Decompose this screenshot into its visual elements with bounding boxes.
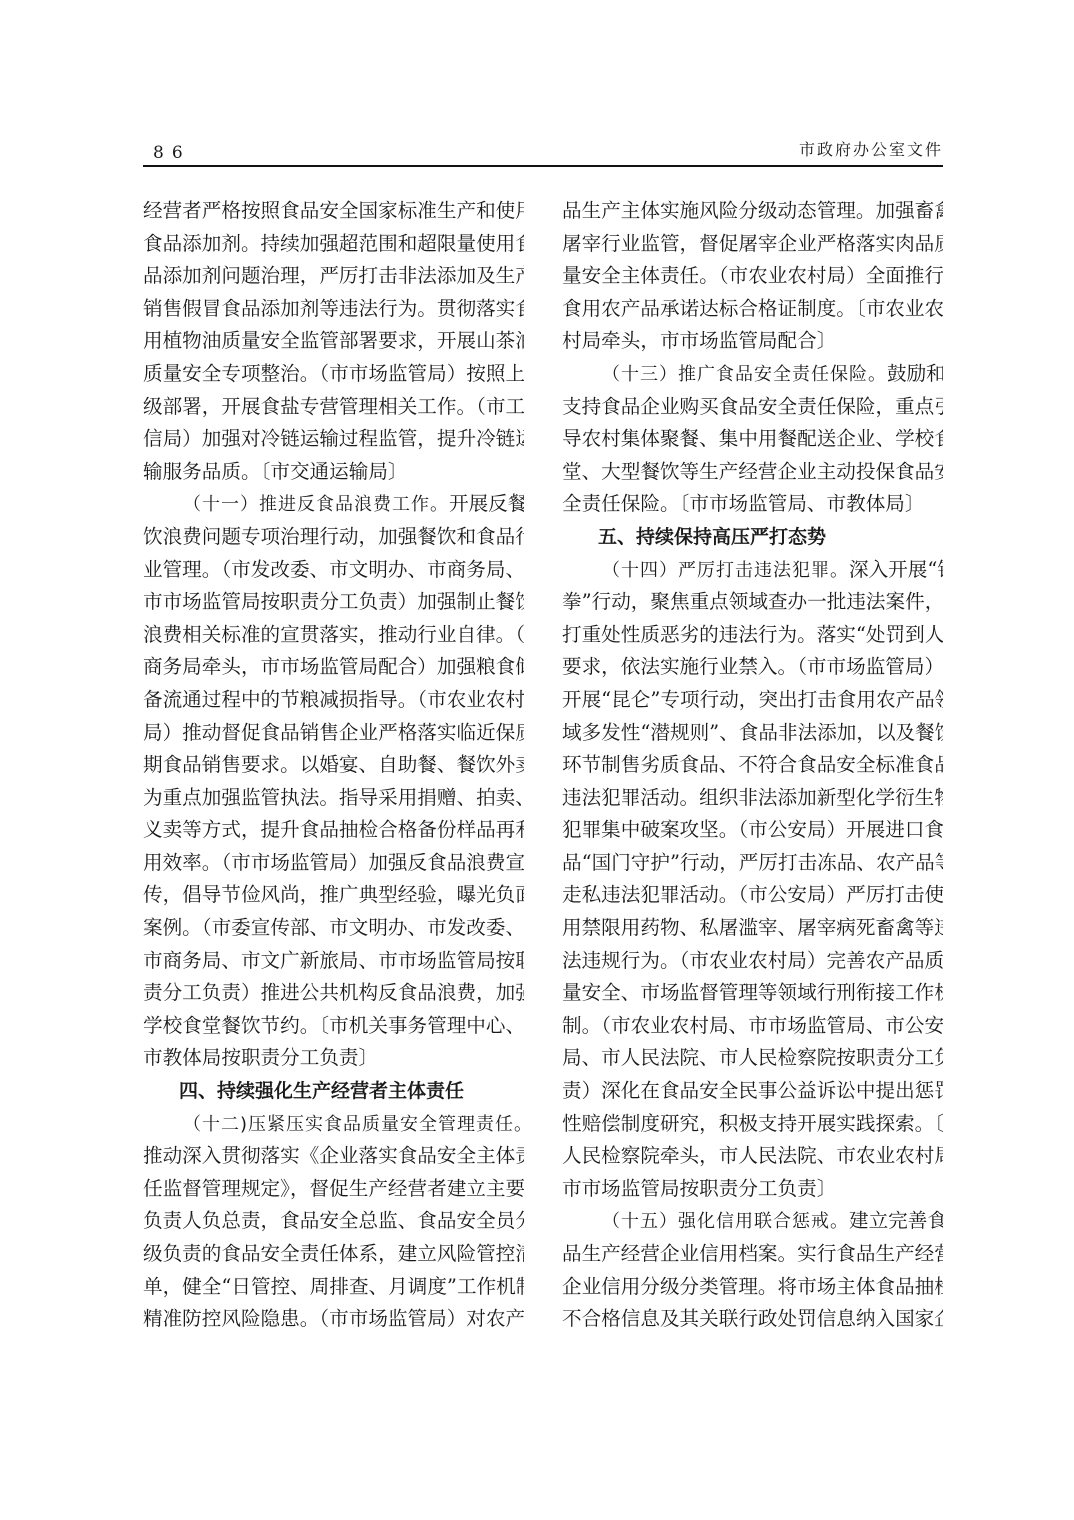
body-line: 制。（市农业农村局、市市场监管局、市公安 bbox=[562, 1010, 943, 1043]
body-line: 传，倡导节俭风尚，推广典型经验，曝光负面 bbox=[143, 879, 524, 912]
subsection-title: （十四）严厉打击违法犯罪。 bbox=[602, 560, 849, 581]
body-line: 浪费相关标准的宣贯落实，推动行业自律。（市 bbox=[143, 619, 524, 652]
body-line: 全责任保险。〔市市场监管局、市教体局〕 bbox=[562, 488, 943, 521]
body-line: 市市场监管局按职责分工负责〕 bbox=[562, 1173, 943, 1206]
body-line: 案例。（市委宣传部、市文明办、市发改委、 bbox=[143, 912, 524, 945]
body-line: 品“国门守护”行动，严厉打击冻品、农产品等 bbox=[562, 847, 943, 880]
body-text: 建立完善食 bbox=[849, 1209, 943, 1232]
body-line: 为重点加强监管执法。指导采用捐赠、拍卖、 bbox=[143, 782, 524, 815]
subsection-line: （十四）严厉打击违法犯罪。深入开展“铁 bbox=[562, 554, 943, 587]
body-line: 用植物油质量安全监管部署要求，开展山茶油 bbox=[143, 325, 524, 358]
subsection-line: （十一）推进反食品浪费工作。开展反餐 bbox=[143, 488, 524, 521]
body-line: 品生产主体实施风险分级动态管理。加强畜禽 bbox=[562, 195, 943, 228]
body-line: 村局牵头，市市场监管局配合〕 bbox=[562, 325, 943, 358]
subsection-title: （十五）强化信用联合惩戒。 bbox=[602, 1211, 849, 1232]
body-line: 局、市人民法院、市人民检察院按职责分工负 bbox=[562, 1042, 943, 1075]
body-line: 用禁限用药物、私屠滥宰、屠宰病死畜禽等违 bbox=[562, 912, 943, 945]
body-line: 级部署，开展食盐专营管理相关工作。（市工 bbox=[143, 391, 524, 424]
body-line: 任监督管理规定》，督促生产经营者建立主要 bbox=[143, 1173, 524, 1206]
body-line: 商务局牵头，市市场监管局配合）加强粮食储 bbox=[143, 651, 524, 684]
body-line: 经营者严格按照食品安全国家标准生产和使用 bbox=[143, 195, 524, 228]
body-line: 业管理。（市发改委、市文明办、市商务局、 bbox=[143, 554, 524, 587]
page-header: 86 市政府办公室文件 bbox=[143, 133, 943, 167]
body-line: 备流通过程中的节粮减损指导。（市农业农村 bbox=[143, 684, 524, 717]
section-heading: 四、持续强化生产经营者主体责任 bbox=[143, 1075, 524, 1108]
subsection-line: （十五）强化信用联合惩戒。建立完善食 bbox=[562, 1205, 943, 1238]
body-line: 质量安全专项整治。（市市场监管局）按照上 bbox=[143, 358, 524, 391]
body-line: 义卖等方式，提升食品抽检合格备份样品再利 bbox=[143, 814, 524, 847]
body-line: 市商务局、市文广新旅局、市市场监管局按职 bbox=[143, 945, 524, 978]
body-line: 不合格信息及其关联行政处罚信息纳入国家企 bbox=[562, 1303, 943, 1336]
body-line: 走私违法犯罪活动。（市公安局）严厉打击使 bbox=[562, 879, 943, 912]
body-line: 导农村集体聚餐、集中用餐配送企业、学校食 bbox=[562, 423, 943, 456]
body-line: 品生产经营企业信用档案。实行食品生产经营 bbox=[562, 1238, 943, 1271]
right-column: 品生产主体实施风险分级动态管理。加强畜禽屠宰行业监管，督促屠宰企业严格落实肉品质… bbox=[562, 195, 943, 1336]
body-text: 鼓励和 bbox=[887, 362, 943, 385]
subsection-line: （十三）推广食品安全责任保险。鼓励和 bbox=[562, 358, 943, 391]
subsection-title: （十二)压紧压实食品质量安全管理责任。 bbox=[183, 1114, 524, 1135]
body-line: 量安全主体责任。（市农业农村局）全面推行 bbox=[562, 260, 943, 293]
body-line: 人民检察院牵头，市人民法院、市农业农村局、 bbox=[562, 1140, 943, 1173]
body-line: 饮浪费问题专项治理行动，加强餐饮和食品行 bbox=[143, 521, 524, 554]
subsection-title: （十一）推进反食品浪费工作。 bbox=[183, 494, 449, 515]
subsection-line: （十二)压紧压实食品质量安全管理责任。 bbox=[143, 1108, 524, 1141]
body-line: 开展“昆仑”专项行动，突出打击食用农产品领 bbox=[562, 684, 943, 717]
body-line: 法违规行为。（市农业农村局）完善农产品质 bbox=[562, 945, 943, 978]
body-line: 责）深化在食品安全民事公益诉讼中提出惩罚 bbox=[562, 1075, 943, 1108]
body-line: 域多发性“潜规则”、食品非法添加，以及餐饮 bbox=[562, 717, 943, 750]
body-line: 级负责的食品安全责任体系，建立风险管控清 bbox=[143, 1238, 524, 1271]
page-number: 86 bbox=[153, 143, 191, 163]
running-title: 市政府办公室文件 bbox=[799, 137, 943, 160]
body-text: 深入开展“铁 bbox=[849, 558, 943, 581]
body-line: 屠宰行业监管，督促屠宰企业严格落实肉品质 bbox=[562, 228, 943, 261]
body-line: 性赔偿制度研究，积极支持开展实践探索。〔市 bbox=[562, 1108, 943, 1141]
left-column: 经营者严格按照食品安全国家标准生产和使用食品添加剂。持续加强超范围和超限量使用食… bbox=[143, 195, 524, 1336]
body-line: 期食品销售要求。以婚宴、自助餐、餐饮外卖 bbox=[143, 749, 524, 782]
body-line: 食用农产品承诺达标合格证制度。〔市农业农 bbox=[562, 293, 943, 326]
body-line: 用效率。（市市场监管局）加强反食品浪费宣 bbox=[143, 847, 524, 880]
body-line: 量安全、市场监督管理等领域行刑衔接工作机 bbox=[562, 977, 943, 1010]
body-line: 责分工负责）推进公共机构反食品浪费，加强 bbox=[143, 977, 524, 1010]
body-line: 负责人负总责，食品安全总监、食品安全员分 bbox=[143, 1205, 524, 1238]
body-line: 品添加剂问题治理，严厉打击非法添加及生产 bbox=[143, 260, 524, 293]
body-line: 堂、大型餐饮等生产经营企业主动投保食品安 bbox=[562, 456, 943, 489]
body-line: 犯罪集中破案攻坚。（市公安局）开展进口食 bbox=[562, 814, 943, 847]
body-line: 推动深入贯彻落实《企业落实食品安全主体责 bbox=[143, 1140, 524, 1173]
body-line: 市市场监管局按职责分工负责）加强制止餐饮 bbox=[143, 586, 524, 619]
body-line: 学校食堂餐饮节约。〔市机关事务管理中心、 bbox=[143, 1010, 524, 1043]
body-line: 企业信用分级分类管理。将市场主体食品抽检 bbox=[562, 1271, 943, 1304]
body-line: 违法犯罪活动。组织非法添加新型化学衍生物 bbox=[562, 782, 943, 815]
body-line: 精准防控风险隐患。（市市场监管局）对农产 bbox=[143, 1303, 524, 1336]
section-heading: 五、持续保持高压严打态势 bbox=[562, 521, 943, 554]
body-line: 输服务品质。〔市交通运输局〕 bbox=[143, 456, 524, 489]
body-line: 信局）加强对冷链运输过程监管，提升冷链运 bbox=[143, 423, 524, 456]
subsection-title: （十三）推广食品安全责任保险。 bbox=[602, 364, 887, 385]
body-line: 销售假冒食品添加剂等违法行为。贯彻落实食 bbox=[143, 293, 524, 326]
body-line: 打重处性质恶劣的违法行为。落实“处罚到人” bbox=[562, 619, 943, 652]
body-line: 单，健全“日管控、周排查、月调度”工作机制， bbox=[143, 1271, 524, 1304]
body-line: 食品添加剂。持续加强超范围和超限量使用食 bbox=[143, 228, 524, 261]
body-line: 局）推动督促食品销售企业严格落实临近保质 bbox=[143, 717, 524, 750]
body-line: 支持食品企业购买食品安全责任保险，重点引 bbox=[562, 391, 943, 424]
body-line: 市教体局按职责分工负责〕 bbox=[143, 1042, 524, 1075]
body-text: 开展反餐 bbox=[449, 492, 524, 515]
body-line: 拳”行动，聚焦重点领域查办一批违法案件，严 bbox=[562, 586, 943, 619]
body-line: 环节制售劣质食品、不符合食品安全标准食品 bbox=[562, 749, 943, 782]
body-line: 要求，依法实施行业禁入。（市市场监管局） bbox=[562, 651, 943, 684]
